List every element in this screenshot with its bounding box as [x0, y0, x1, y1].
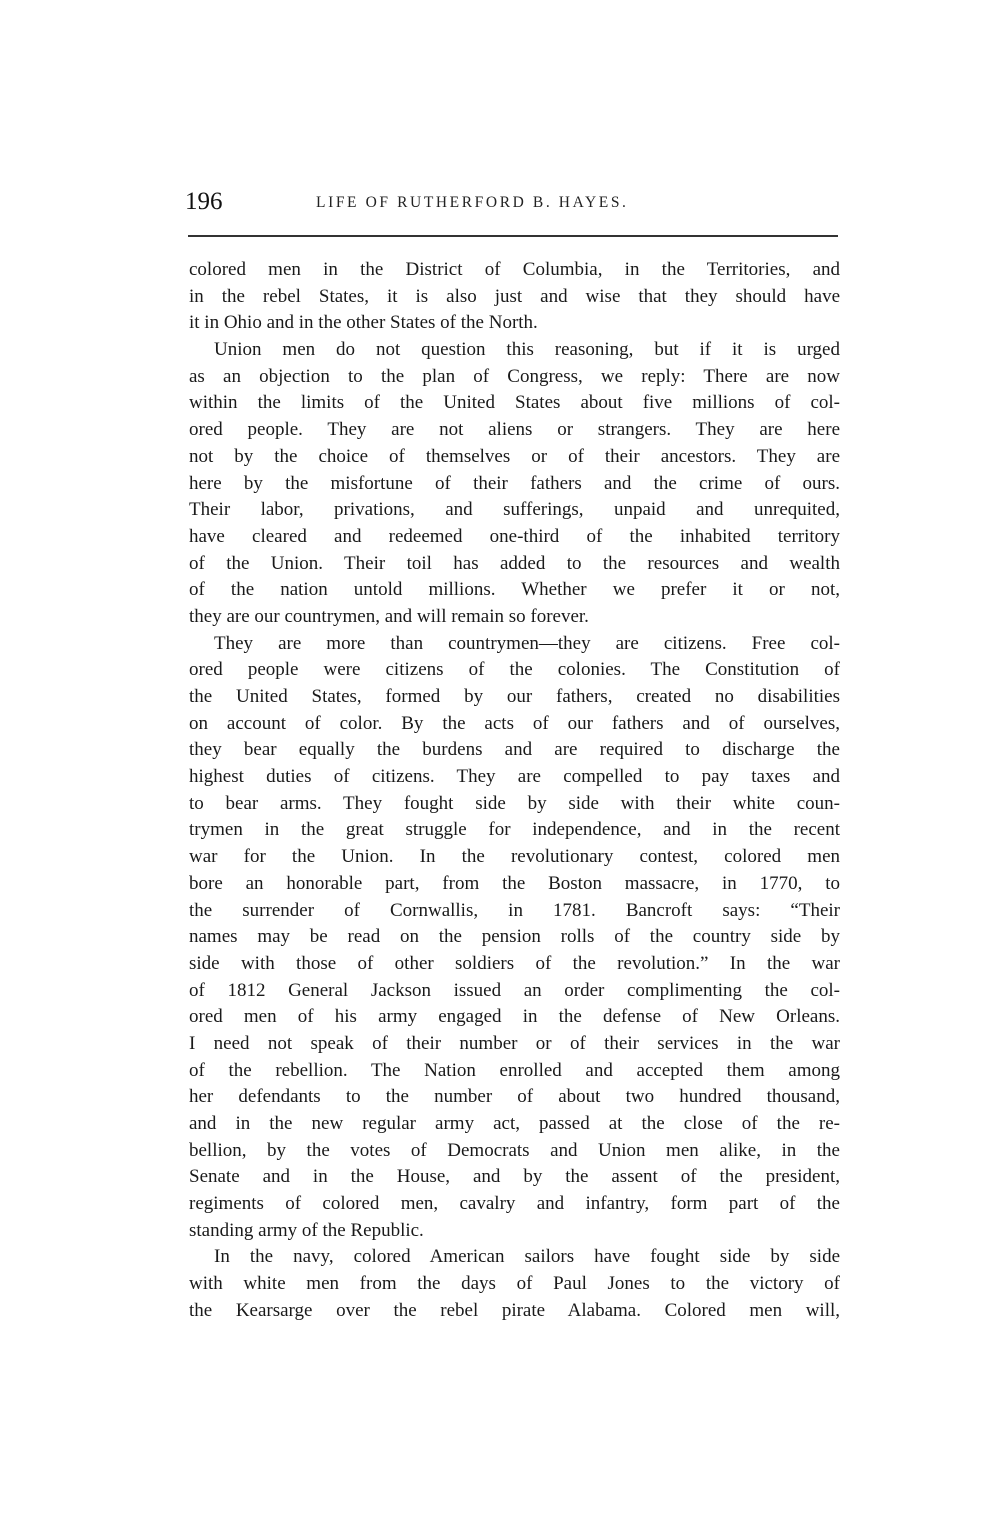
page-number: 196 — [185, 188, 223, 216]
text-line: Union men do not question this reasoning… — [189, 337, 840, 364]
text-line: her defendants to the number of about tw… — [189, 1084, 840, 1111]
text-line: of the rebellion. The Nation enrolled an… — [189, 1058, 840, 1085]
header-rule — [188, 235, 838, 237]
text-line: They are more than countrymen—they are c… — [189, 631, 840, 658]
text-line: here by the misfortune of their fathers … — [189, 471, 840, 498]
text-line: have cleared and redeemed one-third of t… — [189, 524, 840, 551]
running-head: 196 LIFE OF RUTHERFORD B. HAYES. — [185, 188, 840, 218]
text-line: regiments of colored men, cavalry and in… — [189, 1191, 840, 1218]
text-line: ored men of his army engaged in the defe… — [189, 1004, 840, 1031]
text-line: not by the choice of themselves or of th… — [189, 444, 840, 471]
text-line: of the Union. Their toil has added to th… — [189, 551, 840, 578]
text-line: the surrender of Cornwallis, in 1781. Ba… — [189, 898, 840, 925]
text-line: of the nation untold millions. Whether w… — [189, 577, 840, 604]
text-line: ored people were citizens of the colonie… — [189, 657, 840, 684]
text-line: trymen in the great struggle for indepen… — [189, 817, 840, 844]
text-line: in the rebel States, it is also just and… — [189, 284, 840, 311]
text-line: Their labor, privations, and sufferings,… — [189, 497, 840, 524]
paragraph: colored men in the District of Columbia,… — [189, 257, 840, 337]
text-line: ored people. They are not aliens or stra… — [189, 417, 840, 444]
text-line: and in the new regular army act, passed … — [189, 1111, 840, 1138]
running-title: LIFE OF RUTHERFORD B. HAYES. — [316, 194, 629, 212]
text-line: bore an honorable part, from the Boston … — [189, 871, 840, 898]
text-line: it in Ohio and in the other States of th… — [189, 310, 840, 337]
text-line: war for the Union. In the revolutionary … — [189, 844, 840, 871]
text-line: standing army of the Republic. — [189, 1218, 840, 1245]
text-line: of 1812 General Jackson issued an order … — [189, 978, 840, 1005]
text-line: to bear arms. They fought side by side w… — [189, 791, 840, 818]
text-line: names may be read on the pension rolls o… — [189, 924, 840, 951]
text-line: colored men in the District of Columbia,… — [189, 257, 840, 284]
text-line: bellion, by the votes of Democrats and U… — [189, 1138, 840, 1165]
paragraph: They are more than countrymen—they are c… — [189, 631, 840, 1245]
text-line: they bear equally the burdens and are re… — [189, 737, 840, 764]
text-line: with white men from the days of Paul Jon… — [189, 1271, 840, 1298]
book-page: 196 LIFE OF RUTHERFORD B. HAYES. colored… — [0, 0, 1000, 1517]
text-line: In the navy, colored American sailors ha… — [189, 1244, 840, 1271]
text-line: Senate and in the House, and by the asse… — [189, 1164, 840, 1191]
text-line: within the limits of the United States a… — [189, 390, 840, 417]
text-line: the United States, formed by our fathers… — [189, 684, 840, 711]
text-line: side with those of other soldiers of the… — [189, 951, 840, 978]
paragraph: In the navy, colored American sailors ha… — [189, 1244, 840, 1324]
text-line: on account of color. By the acts of our … — [189, 711, 840, 738]
text-line: I need not speak of their number or of t… — [189, 1031, 840, 1058]
body-text: colored men in the District of Columbia,… — [189, 257, 840, 1325]
text-line: as an objection to the plan of Congress,… — [189, 364, 840, 391]
text-line: the Kearsarge over the rebel pirate Alab… — [189, 1298, 840, 1325]
text-line: highest duties of citizens. They are com… — [189, 764, 840, 791]
text-line: they are our countrymen, and will remain… — [189, 604, 840, 631]
paragraph: Union men do not question this reasoning… — [189, 337, 840, 631]
